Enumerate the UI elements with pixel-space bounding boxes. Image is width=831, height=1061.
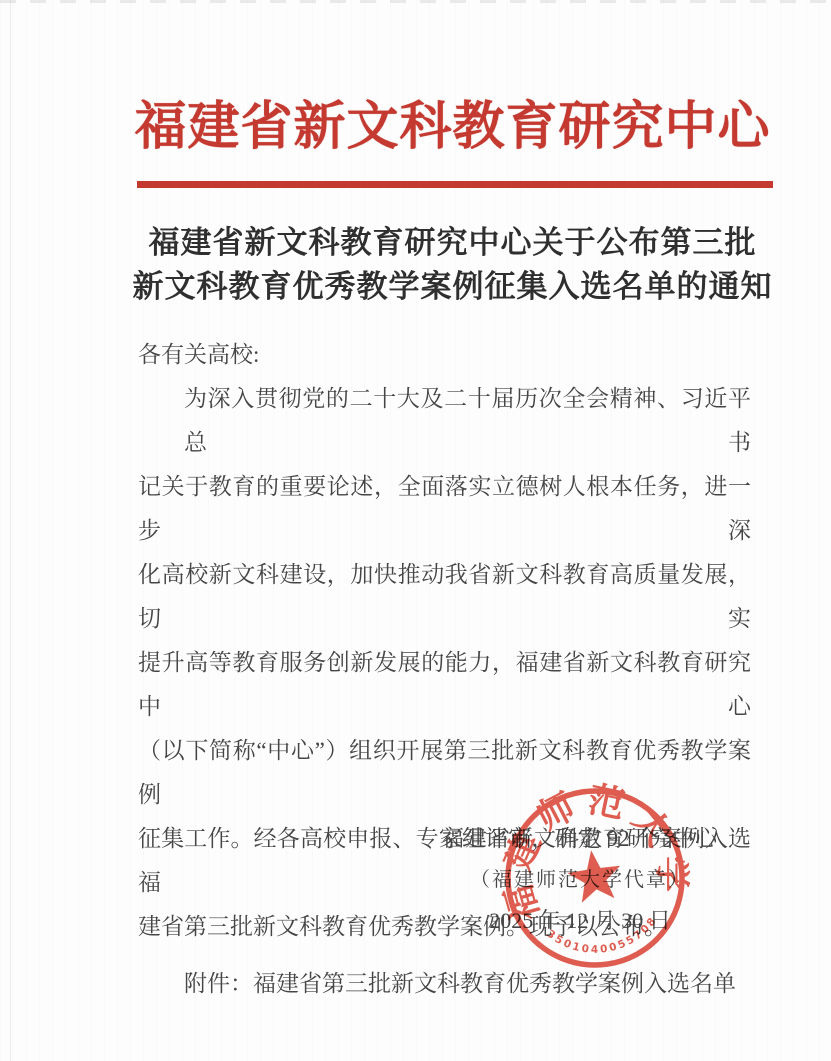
paragraph-line: 记关于教育的重要论述，全面落实立德树人根本任务，进一步深 [138, 465, 751, 553]
letterhead-divider [137, 181, 773, 188]
notice-title: 福建省新文科教育研究中心关于公布第三批 新文科教育优秀教学案例征集入选名单的通知 [74, 221, 831, 309]
letterhead-org-name: 福建省新文科教育研究中心 [74, 84, 831, 159]
paragraph-line: 提升高等教育服务创新发展的能力，福建省新文科教育研究中心 [138, 641, 751, 729]
scan-edge-artifact [0, 0, 831, 3]
attachment-line: 附件：福建省第三批新文科教育优秀教学案例入选名单 [138, 962, 751, 1006]
paragraph-line: 化高校新文科建设，加快推动我省新文科教育高质量发展，切实 [138, 553, 751, 641]
document-page: 福建省新文科教育研究中心 福建省新文科教育研究中心关于公布第三批 新文科教育优秀… [0, 0, 831, 1061]
notice-title-line1: 福建省新文科教育研究中心关于公布第三批 [74, 221, 831, 265]
paragraph-line: 为深入贯彻党的二十大及二十届历次全会精神、习近平总书 [138, 377, 751, 465]
seal-arc-text: 福建师范大学 [488, 771, 698, 927]
notice-title-line2: 新文科教育优秀教学案例征集入选名单的通知 [74, 265, 831, 309]
scan-line-artifact [10, 0, 11, 1061]
official-seal: 福建师范大学 3501040055708 [488, 771, 703, 986]
salutation: 各有关高校: [138, 333, 751, 377]
seal-star-icon [565, 847, 625, 905]
